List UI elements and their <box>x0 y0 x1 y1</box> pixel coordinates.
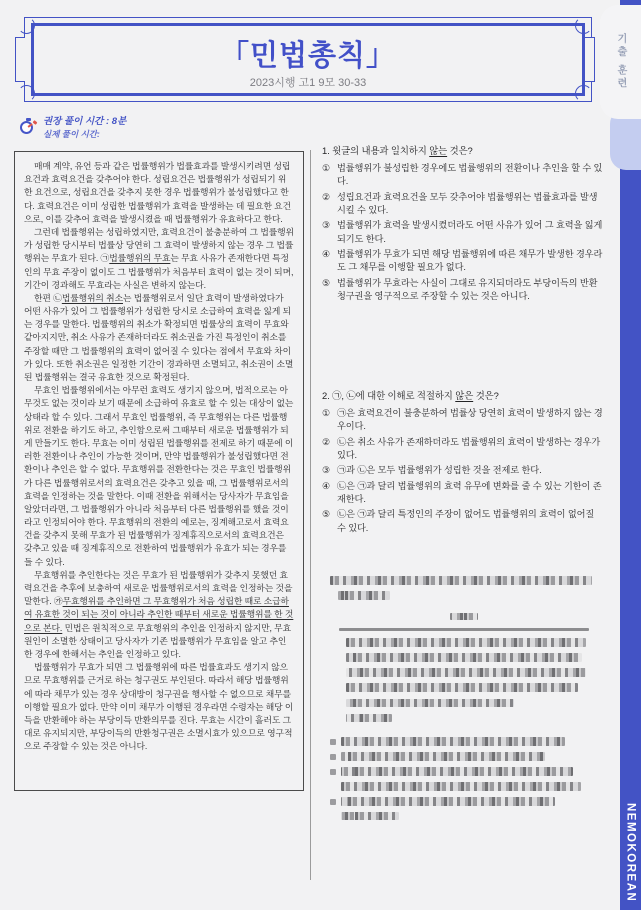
underlined-term-muhyo: 법률행위의 무효 <box>109 253 170 263</box>
passage-paragraph-3: 한편 ㉡법률행위의 취소는 법률행위로서 일단 효력이 발생하였다가 어떤 사유… <box>24 292 294 384</box>
redacted-line <box>341 812 399 820</box>
passage-paragraph-5: 무효행위를 추인한다는 것은 무효가 된 법률행위가 갖추지 못했던 효력요건을… <box>24 569 294 661</box>
q2-choice-5: ⑤㉡은 ㉠과 달리 특정인의 주장이 없어도 법률행위의 효력이 없어질 수 있… <box>322 508 604 535</box>
redacted-list-row <box>330 752 598 761</box>
passage-paragraph-6: 법률행위가 무효가 되면 그 법률행위에 따른 법률효과도 생기지 않으므로 무… <box>24 661 294 753</box>
column-divider <box>310 150 311 880</box>
redacted-line <box>346 683 578 692</box>
side-tab-category: 기출 훈련 <box>600 5 641 119</box>
q1-choice-2: ②성립요건과 효력요건을 모두 갖추어야 법률행위는 법률효과를 발생시킬 수 … <box>322 191 604 218</box>
redacted-list-row <box>330 797 598 806</box>
worksheet-page: 기출 훈련 NEMOKOREAN 「민법총칙」 2023시행 고1 9모 30-… <box>0 0 641 910</box>
q2-choice-4: ④㉡은 ㉠과 달리 법률행위의 효력 유무에 변화를 줄 수 있는 기한이 존재… <box>322 480 604 507</box>
solve-time-info: 권장 풀이 시간 : 8분 실제 풀이 시간: <box>20 116 126 140</box>
redacted-line <box>330 576 592 585</box>
page-title: 「민법총칙」 <box>14 33 602 74</box>
redacted-line <box>346 699 514 707</box>
redacted-line <box>338 591 390 600</box>
question-2: 2. ㉠, ㉡에 대한 이해로 적절하지 않은 것은? ①㉠은 효력요건이 불충… <box>322 388 604 537</box>
header-frame: 「민법총칙」 2023시행 고1 9모 30-33 <box>14 13 602 106</box>
brand-vertical: NEMOKOREAN <box>620 803 641 902</box>
question-2-stem: 2. ㉠, ㉡에 대한 이해로 적절하지 않은 것은? <box>322 388 604 402</box>
side-tab-label: 기출 훈련 <box>613 33 628 91</box>
redacted-line <box>346 714 392 722</box>
redacted-line <box>346 668 586 677</box>
question-1: 1. 윗글의 내용과 일치하지 않는 것은? ①법률행위가 불성립한 경우에도 … <box>322 143 604 305</box>
frame-corner-ornament <box>18 17 35 34</box>
redacted-list-marker <box>330 754 336 760</box>
passage-paragraph-4: 무효인 법률행위에서는 아무런 효력도 생기지 않으며, 법적으로는 아무것도 … <box>24 384 294 569</box>
redacted-line <box>346 638 586 647</box>
redacted-line <box>341 737 565 746</box>
passage-paragraph-1: 매매 계약, 유언 등과 같은 법률행위가 법률효과를 발생시키려면 성립요건과… <box>24 160 294 226</box>
q2-choice-1: ①㉠은 효력요건이 불충분하여 법률상 당연히 효력이 발생하지 않는 경우이다… <box>322 407 604 434</box>
redacted-answer-section <box>330 576 598 820</box>
redacted-line <box>341 767 573 776</box>
q2-choice-3: ③㉠과 ㉡은 모두 법률행위가 성립한 것을 전제로 한다. <box>322 464 604 477</box>
redacted-line <box>341 797 555 806</box>
frame-corner-ornament <box>575 17 592 34</box>
redacted-line <box>450 613 478 620</box>
stopwatch-icon <box>20 118 37 135</box>
passage-paragraph-2: 그런데 법률행위는 성립하였지만, 효력요건이 불충분하여 그 법률행위가 성립… <box>24 226 294 292</box>
question-1-stem: 1. 윗글의 내용과 일치하지 않는 것은? <box>322 143 604 157</box>
redacted-list-row <box>330 767 598 776</box>
q1-choice-5: ⑤법률행위가 무효라는 사실이 그대로 유지되더라도 부당이득의 반환청구권을 … <box>322 277 604 304</box>
q1-choice-4: ④법률행위가 무효가 되면 해당 법률행위에 따른 채무가 발생한 경우라도 그… <box>322 248 604 275</box>
recommended-time-label: 권장 풀이 시간 : 8분 <box>43 116 126 129</box>
redacted-divider-bar <box>339 628 589 631</box>
q1-choice-3: ③법률행위가 효력을 발생시켰더라도 어떤 사유가 있어 그 효력을 잃게 되기… <box>322 219 604 246</box>
redacted-list-row <box>330 737 598 746</box>
q1-choice-1: ①법률행위가 불성립한 경우에도 법률행위의 전환이나 추인을 할 수 있다. <box>322 162 604 189</box>
redacted-list-marker <box>330 799 336 805</box>
redacted-line <box>341 752 545 761</box>
actual-time-label: 실제 풀이 시간: <box>43 129 126 140</box>
redacted-list-marker <box>330 739 336 745</box>
page-subtitle: 2023시행 고1 9모 30-33 <box>14 74 602 90</box>
underlined-term-chwiso: 법률행위의 취소 <box>62 293 123 303</box>
redacted-line <box>346 653 582 662</box>
q2-choice-2: ②㉡은 취소 사유가 존재하더라도 법률행위의 효력이 발생하는 경우가 있다. <box>322 436 604 463</box>
passage-box: 매매 계약, 유언 등과 같은 법률행위가 법률효과를 발생시키려면 성립요건과… <box>14 151 304 791</box>
redacted-line <box>341 782 581 791</box>
brand-label: NEMOKOREAN <box>625 803 637 902</box>
redacted-list-marker <box>330 769 336 775</box>
